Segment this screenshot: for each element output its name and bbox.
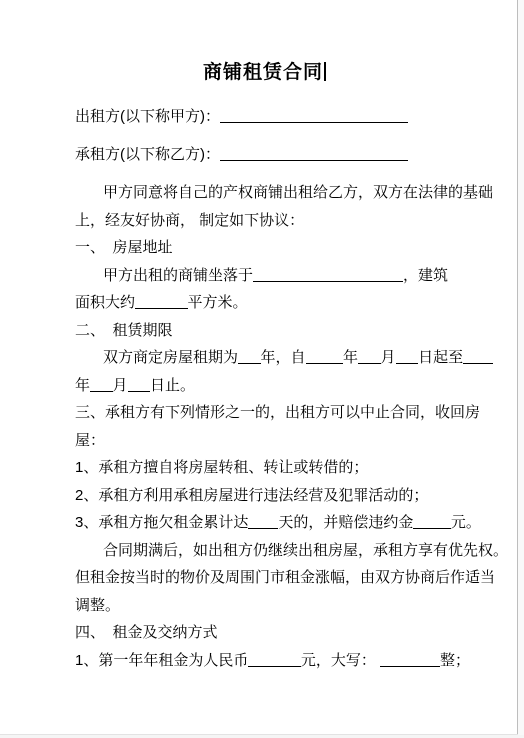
page-edge-right-line — [517, 0, 518, 735]
doc-line: 二、 租赁期限 — [75, 317, 454, 345]
doc-line: 双方商定房屋租期为年，自年月日起至 — [75, 344, 454, 372]
document-body: 出租方(以下称甲方)：承租方(以下称乙方)：甲方同意将自己的产权商铺出租给乙方，… — [75, 98, 454, 674]
fill-in-blank — [238, 361, 261, 364]
doc-line: 一、 房屋地址 — [75, 234, 454, 262]
fill-in-blank — [220, 120, 408, 123]
doc-line: 四、 租金及交纳方式 — [75, 619, 454, 647]
fill-in-blank — [128, 389, 151, 392]
document-title: 商铺租赁合同 — [75, 56, 454, 90]
fill-in-blank — [90, 389, 113, 392]
fill-in-blank — [396, 361, 419, 364]
doc-line: 承租方(以下称乙方)： — [75, 136, 454, 174]
fill-in-blank — [306, 361, 344, 364]
doc-line: 3、承租方拖欠租金累计达天的，并赔偿违约金元。 — [75, 509, 454, 537]
doc-line: 上，经友好协商， 制定如下协议： — [75, 207, 454, 235]
page-edge-right — [518, 0, 524, 738]
fill-in-blank — [135, 306, 188, 309]
document-content: 商铺租赁合同 出租方(以下称甲方)：承租方(以下称乙方)：甲方同意将自己的产权商… — [75, 56, 454, 674]
page-edge-bottom-line — [0, 734, 518, 735]
fill-in-blank — [358, 361, 381, 364]
fill-in-blank — [380, 664, 440, 667]
doc-line: 面积大约平方米。 — [75, 289, 454, 317]
fill-in-blank — [248, 526, 278, 529]
fill-in-blank — [413, 526, 451, 529]
doc-line: 甲方出租的商铺坐落于，建筑 — [75, 262, 454, 290]
doc-line: 屋： — [75, 427, 454, 455]
doc-line: 甲方同意将自己的产权商铺出租给乙方，双方在法律的基础 — [75, 179, 454, 207]
doc-line: 年月日止。 — [75, 372, 454, 400]
fill-in-blank — [463, 361, 493, 364]
doc-line: 合同期满后，如出租方仍继续出租房屋，承租方享有优先权。 — [75, 537, 454, 565]
document-page[interactable]: 商铺租赁合同 出租方(以下称甲方)：承租方(以下称乙方)：甲方同意将自己的产权商… — [0, 0, 524, 738]
fill-in-blank — [220, 158, 408, 161]
fill-in-blank — [248, 664, 301, 667]
doc-line: 2、承租方利用承租房屋进行违法经营及犯罪活动的； — [75, 482, 454, 510]
fill-in-blank — [253, 279, 403, 282]
text-cursor — [324, 62, 326, 81]
doc-line: 1、第一年年租金为人民币元，大写： 整； — [75, 647, 454, 675]
doc-line: 调整。 — [75, 592, 454, 620]
doc-line: 但租金按当时的物价及周围门市租金涨幅，由双方协商后作适当 — [75, 564, 454, 592]
doc-line: 出租方(以下称甲方)： — [75, 98, 454, 136]
doc-line: 1、承租方擅自将房屋转租、转让或转借的； — [75, 454, 454, 482]
document-title-text: 商铺租赁合同 — [203, 62, 323, 83]
doc-line: 三、承租方有下列情形之一的，出租方可以中止合同，收回房 — [75, 399, 454, 427]
